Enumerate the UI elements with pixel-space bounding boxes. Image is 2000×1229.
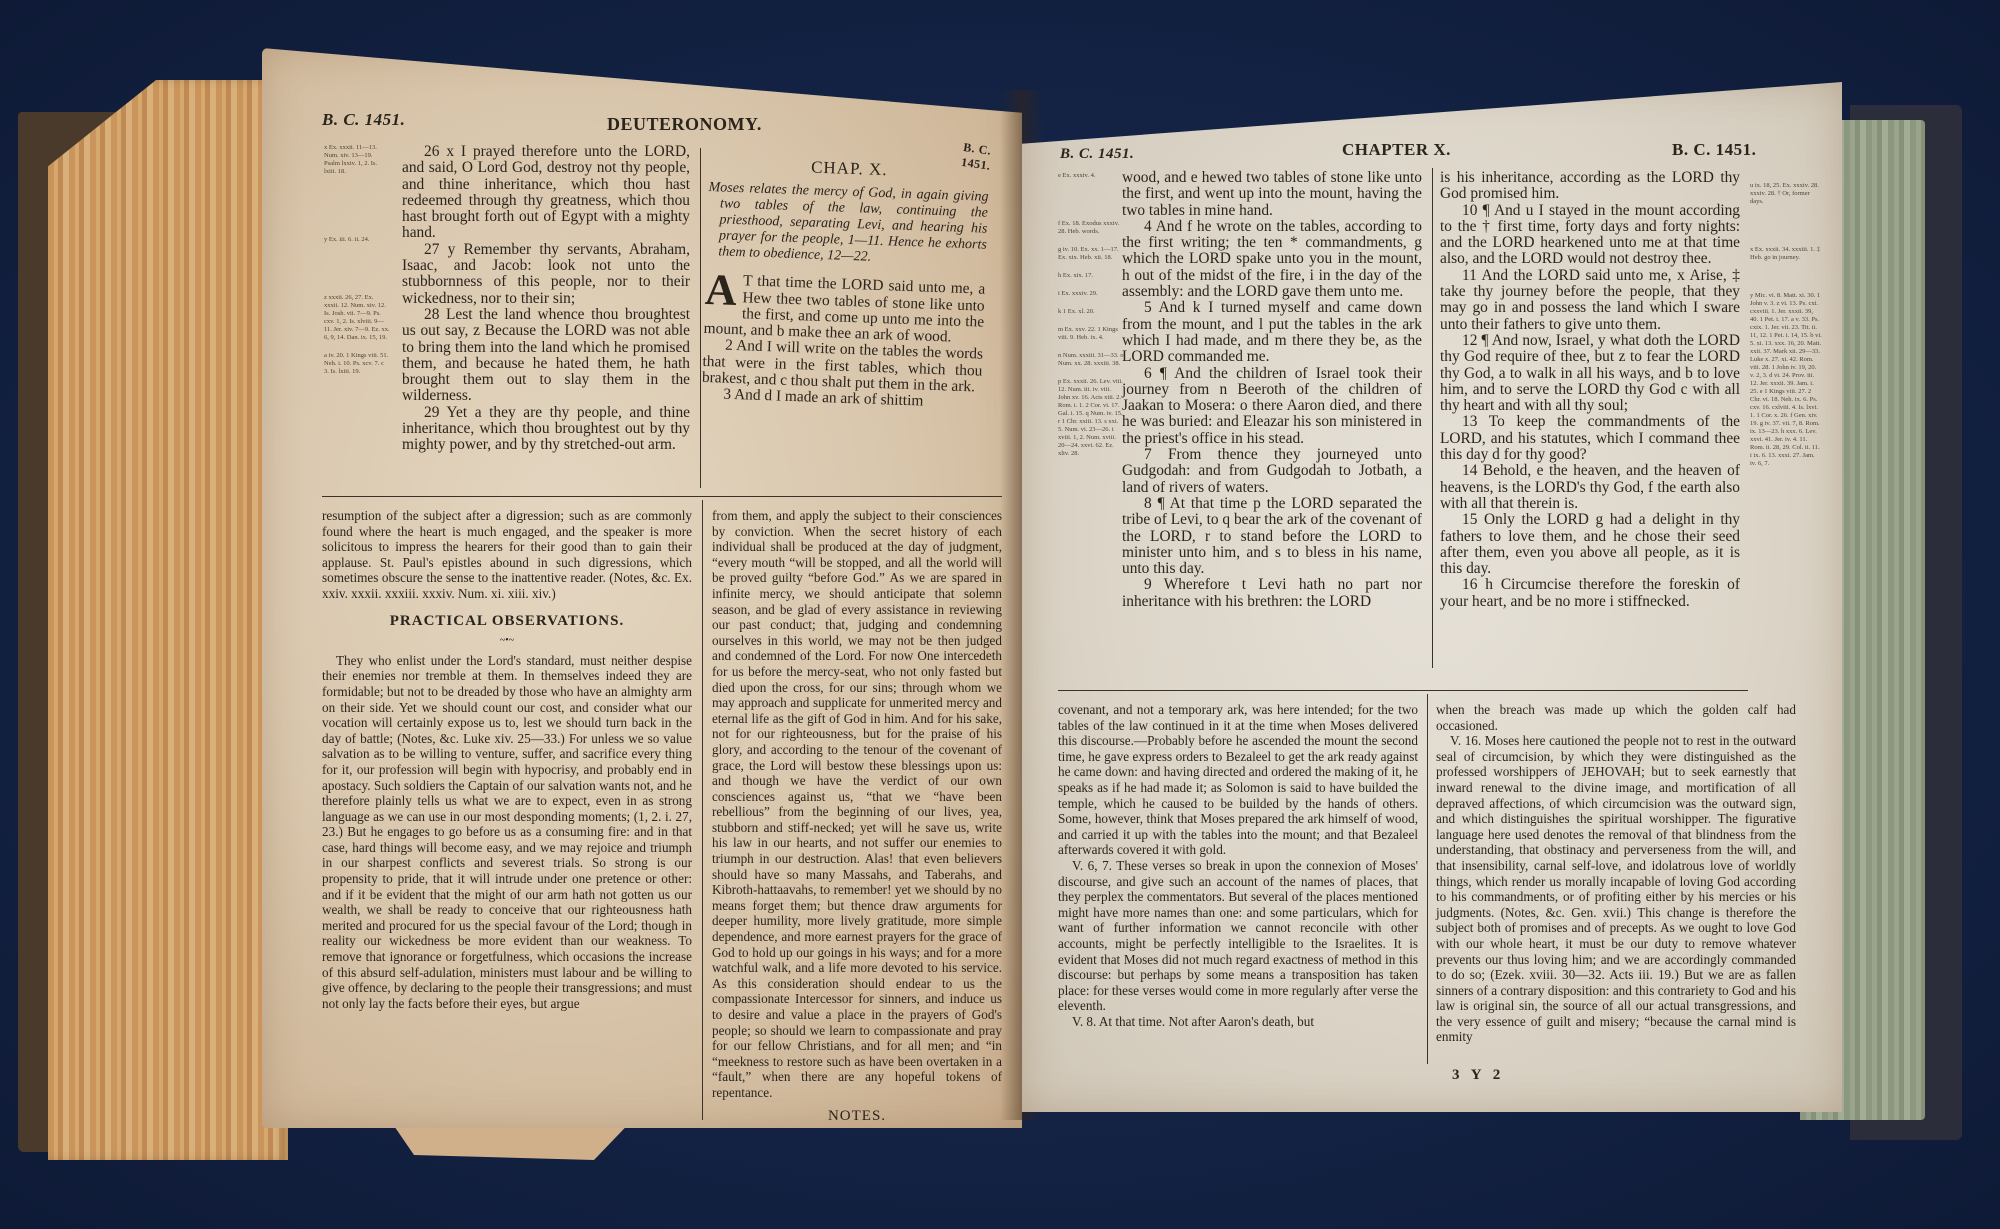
verse: 15 Only the LORD g had a delight in thy … [1440, 512, 1740, 577]
column-rule [702, 500, 703, 1120]
open-bible: B. C. 1451. DEUTERONOMY. B. C. 1451. x E… [0, 0, 2000, 1229]
verse: 5 And k I turned myself and came down fr… [1122, 300, 1422, 365]
margin-ref: n Num. xxxiii. 31—33. o Num. xx. 28. xxx… [1058, 352, 1124, 368]
margin-references-right: u ix. 18, 25. Ex. xxxiv. 28. xxxiv. 28. … [1750, 182, 1822, 478]
notes-divider [1058, 690, 1748, 691]
margin-ref: z xxxii. 26, 27. Ex. xxxii. 12. Num. xiv… [324, 294, 390, 342]
margin-ref: y Mic. vi. 8. Matt. xi. 30. 1 John v. 3.… [1750, 292, 1822, 468]
left-page-edges [48, 80, 288, 1160]
margin-references: x Ex. xxxii. 11—13. Num. xiv. 13—19. Psa… [324, 144, 390, 386]
verse: 13 To keep the commandments of the LORD,… [1440, 414, 1740, 463]
margin-ref: h Ex. xix. 17. [1058, 272, 1124, 280]
margin-ref: e Ex. xxxiv. 4. [1058, 172, 1124, 180]
commentary-column-1: covenant, and not a temporary ark, was h… [1058, 702, 1418, 1029]
notes-divider [322, 496, 1002, 497]
verse: 28 Lest the land whence thou broughtest … [402, 307, 690, 405]
margin-ref: y Ex. iii. 6. ii. 24. [324, 236, 390, 244]
scripture-column-1: wood, and e hewed two tables of stone li… [1122, 170, 1422, 610]
verse: 12 ¶ And now, Israel, y what doth the LO… [1440, 333, 1740, 414]
scripture-column-1: 26 x I prayed therefore unto the LORD, a… [402, 144, 690, 454]
margin-ref: x Ex. xxxii. 11—13. Num. xiv. 13—19. Psa… [324, 144, 390, 176]
signature-mark: 3 Y 2 [1452, 1067, 1504, 1084]
margin-ref: i Ex. xxxiv. 29. [1058, 290, 1124, 298]
verse: 8 ¶ At that time p the LORD separated th… [1122, 496, 1422, 577]
verse: 16 h Circumcise therefore the foreskin o… [1440, 577, 1740, 610]
commentary-text: covenant, and not a temporary ark, was h… [1058, 702, 1418, 858]
commentary-text: V. 16. Moses here cautioned the people n… [1436, 733, 1796, 1045]
left-page: B. C. 1451. DEUTERONOMY. B. C. 1451. x E… [262, 48, 1022, 1128]
running-head-date: B. C. 1451. [322, 110, 405, 130]
margin-ref: a iv. 20. 1 Kings viii. 51. Neh. i. 10. … [324, 352, 390, 376]
ornament-divider: ~•~ [322, 633, 692, 649]
scripture-column-2: CHAP. X. Moses relates the mercy of God,… [701, 148, 990, 412]
verse: 4 And f he wrote on the tables, accordin… [1122, 219, 1422, 300]
column-rule [700, 148, 701, 488]
right-page: B. C. 1451. CHAPTER X. B. C. 1451. e Ex.… [1022, 82, 1842, 1112]
commentary-column-2: from them, and apply the subject to thei… [712, 508, 1002, 1128]
verse: 6 ¶ And the children of Israel took thei… [1122, 366, 1422, 447]
column-rule [1432, 168, 1433, 668]
commentary-text: from them, and apply the subject to thei… [712, 508, 1002, 1101]
verse: T that time the LORD said unto me, a Hew… [703, 273, 985, 346]
column-rule [1427, 694, 1428, 1064]
verse: 11 And the LORD said unto me, x Arise, ‡… [1440, 268, 1740, 333]
margin-ref: m Ex. xxv. 22. 1 Kings viii. 9. Heb. ix.… [1058, 326, 1124, 342]
practical-observations-heading: PRACTICAL OBSERVATIONS. [322, 614, 692, 630]
commentary-text: resumption of the subject after a digres… [322, 508, 692, 602]
verse: 26 x I prayed therefore unto the LORD, a… [402, 144, 690, 242]
running-head-date-right: B. C. 1451. [1672, 140, 1756, 160]
notes-text: CHAP. X. V. 1—5. It is evident that the … [712, 1126, 1002, 1128]
margin-ref: k 1 Ex. xl. 20. [1058, 308, 1124, 316]
verse: 14 Behold, e the heaven, and the heaven … [1440, 463, 1740, 512]
margin-ref: p Ex. xxxii. 26. Lev. viii. 12. Num. iii… [1058, 378, 1124, 458]
chapter-summary: Moses relates the mercy of God, in again… [706, 180, 989, 270]
scripture-column-2: is his inheritance, according as the LOR… [1440, 170, 1740, 610]
drop-cap: A [704, 272, 737, 309]
observations-text: They who enlist under the Lord's standar… [322, 653, 692, 1012]
commentary-text: V. 6, 7. These verses so break in upon t… [1058, 858, 1418, 1014]
margin-references: e Ex. xxxiv. 4. f Ex. 18. Exodus xxxiv. … [1058, 172, 1124, 468]
running-head-book: DEUTERONOMY. [607, 114, 762, 135]
verse: 10 ¶ And u I stayed in the mount accordi… [1440, 203, 1740, 268]
commentary-column-2: when the breach was made up which the go… [1436, 702, 1796, 1045]
running-head-date-left: B. C. 1451. [1060, 146, 1134, 163]
chapter-title: CHAP. X. [709, 156, 989, 182]
running-head-chapter: CHAPTER X. [1342, 140, 1451, 160]
verse: is his inheritance, according as the LOR… [1440, 170, 1740, 203]
commentary-column-1: resumption of the subject after a digres… [322, 508, 692, 1011]
margin-ref: g iv. 10. Ex. xx. 1—17. Ex. xix. Heb. xi… [1058, 246, 1124, 262]
margin-ref: f Ex. 18. Exodus xxxiv. 28. Heb. words. [1058, 220, 1124, 236]
commentary-text: V. 8. At that time. Not after Aaron's de… [1058, 1014, 1418, 1030]
verse: 27 y Remember thy servants, Abraham, Isa… [402, 242, 690, 307]
margin-ref: u ix. 18, 25. Ex. xxxiv. 28. xxxiv. 28. … [1750, 182, 1822, 206]
verse: 29 Yet a they are thy people, and thine … [402, 405, 690, 454]
margin-ref: x Ex. xxxii. 34. xxxiii. 1. ‡ Heb. go in… [1750, 246, 1822, 262]
verse: 9 Wherefore t Levi hath no part nor inhe… [1122, 577, 1422, 610]
verse: wood, and e hewed two tables of stone li… [1122, 170, 1422, 219]
commentary-text: when the breach was made up which the go… [1436, 702, 1796, 733]
notes-heading: NOTES. [712, 1109, 1002, 1125]
verse: 7 From thence they journeyed unto Gudgod… [1122, 447, 1422, 496]
